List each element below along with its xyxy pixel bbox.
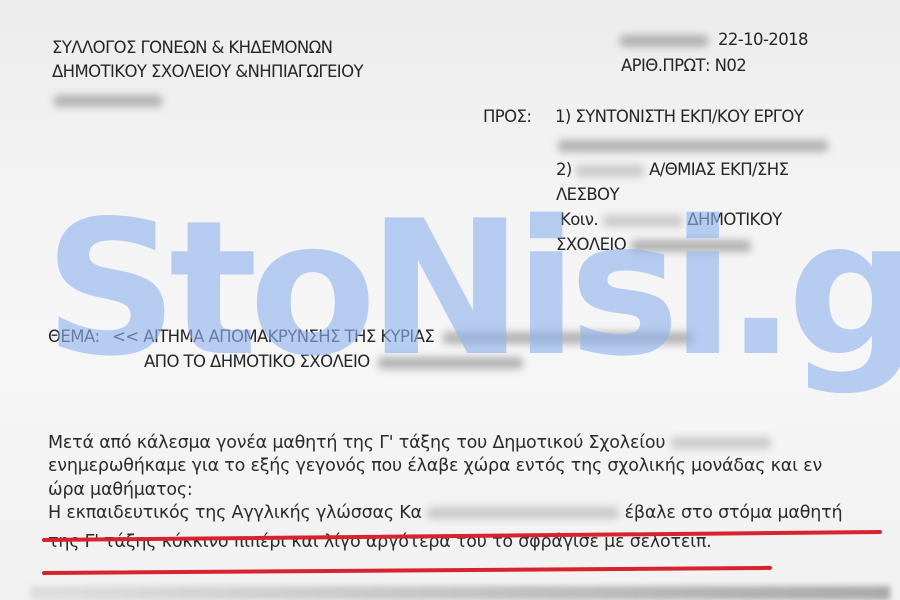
recipient-cc: Κοιν. ΔΗΜΟΤΙΚΟΥ: [560, 210, 782, 229]
subject-line-2: ΑΠΟ ΤΟ ΔΗΜΟΤΙΚΟ ΣΧΟΛΕΙΟ: [144, 352, 523, 371]
cc-school-redacted: [631, 240, 751, 252]
cc-title: ΔΗΜΟΤΙΚΟΥ: [687, 210, 781, 229]
cc-redacted: [603, 215, 683, 227]
letter-date: 22-10-2018: [718, 30, 808, 49]
recipient-1: 1) ΣΥΝΤΟΝΙΣΤΗ ΕΚΠ/ΚΟΥ ΕΡΓΟΥ: [555, 107, 803, 126]
sender-line-1: ΣΥΛΛΟΓΟΣ ΓΟΝΕΩΝ & ΚΗΔΕΜΟΝΩΝ: [52, 38, 332, 57]
recipient-2-region: ΛΕΣΒΟΥ: [556, 185, 619, 204]
body-line-1: Μετά από κάλεσμα γονέα μαθητή της Γ' τάξ…: [48, 433, 771, 453]
recipient-2: 2) Α/ΘΜΙΑΣ ΕΚΠ/ΣΗΣ: [556, 160, 788, 179]
recipient-cc-school: ΣΧΟΛΕΙΟ: [556, 235, 751, 254]
subject-name-redacted: [443, 332, 693, 344]
sender-line-2: ΔΗΜΟΤΙΚΟΥ ΣΧΟΛΕΙΟΥ &ΝΗΠΙΑΓΩΓΕΙΟΥ: [52, 62, 363, 81]
cc-label: Κοιν.: [560, 210, 598, 229]
sender-location-redacted: [54, 90, 162, 109]
place-redacted: [620, 35, 708, 47]
body-line-4: Η εκπαιδευτικός της Αγγλικής γλώσσας Κα …: [48, 503, 842, 523]
subject-text-2: ΑΠΟ ΤΟ ΔΗΜΟΤΙΚΟ ΣΧΟΛΕΙΟ: [144, 352, 370, 371]
highlight-underline-2: [42, 566, 772, 575]
protocol-number: ΑΡΙΘ.ΠΡΩΤ: Ν02: [621, 56, 746, 75]
body-school-redacted: [671, 437, 771, 449]
body-text-4b: έβαλε στο στόμα μαθητή: [625, 503, 843, 523]
cc-school-label: ΣΧΟΛΕΙΟ: [556, 235, 626, 254]
subject-school-redacted: [378, 357, 523, 369]
recipient-2-redacted: [576, 165, 644, 177]
date-line: 22-10-2018: [620, 30, 808, 49]
subject-label: ΘΕΜΑ:: [48, 327, 100, 346]
body-text-4a: Η εκπαιδευτικός της Αγγλικής γλώσσας Κα: [48, 503, 422, 523]
scanned-letter: ΣΥΛΛΟΓΟΣ ΓΟΝΕΩΝ & ΚΗΔΕΜΟΝΩΝ ΔΗΜΟΤΙΚΟΥ ΣΧ…: [0, 0, 900, 600]
subject-line-1: ΘΕΜΑ: << ΑΙΤΗΜΑ ΑΠΟΜΑΚΡΥΝΣΗΣ ΤΗΣ ΚΥΡΙΑΣ: [48, 327, 693, 346]
recipient-1-name-redacted: [558, 135, 828, 154]
recipients-label: ΠΡΟΣ:: [483, 107, 531, 126]
body-text-1: Μετά από κάλεσμα γονέα μαθητή της Γ' τάξ…: [48, 433, 665, 453]
body-line-2: ενημερωθήκαμε για το εξής γεγονός που έλ…: [48, 456, 822, 476]
teacher-name-redacted: [427, 507, 619, 519]
body-line-3: ώρα μαθήματος:: [48, 480, 193, 500]
subject-text-1: << ΑΙΤΗΜΑ ΑΠΟΜΑΚΡΥΝΣΗΣ ΤΗΣ ΚΥΡΙΑΣ: [112, 327, 434, 346]
next-line-blurred: [30, 586, 890, 600]
recipient-2-number: 2): [556, 160, 572, 179]
recipient-2-title: Α/ΘΜΙΑΣ ΕΚΠ/ΣΗΣ: [649, 160, 788, 179]
